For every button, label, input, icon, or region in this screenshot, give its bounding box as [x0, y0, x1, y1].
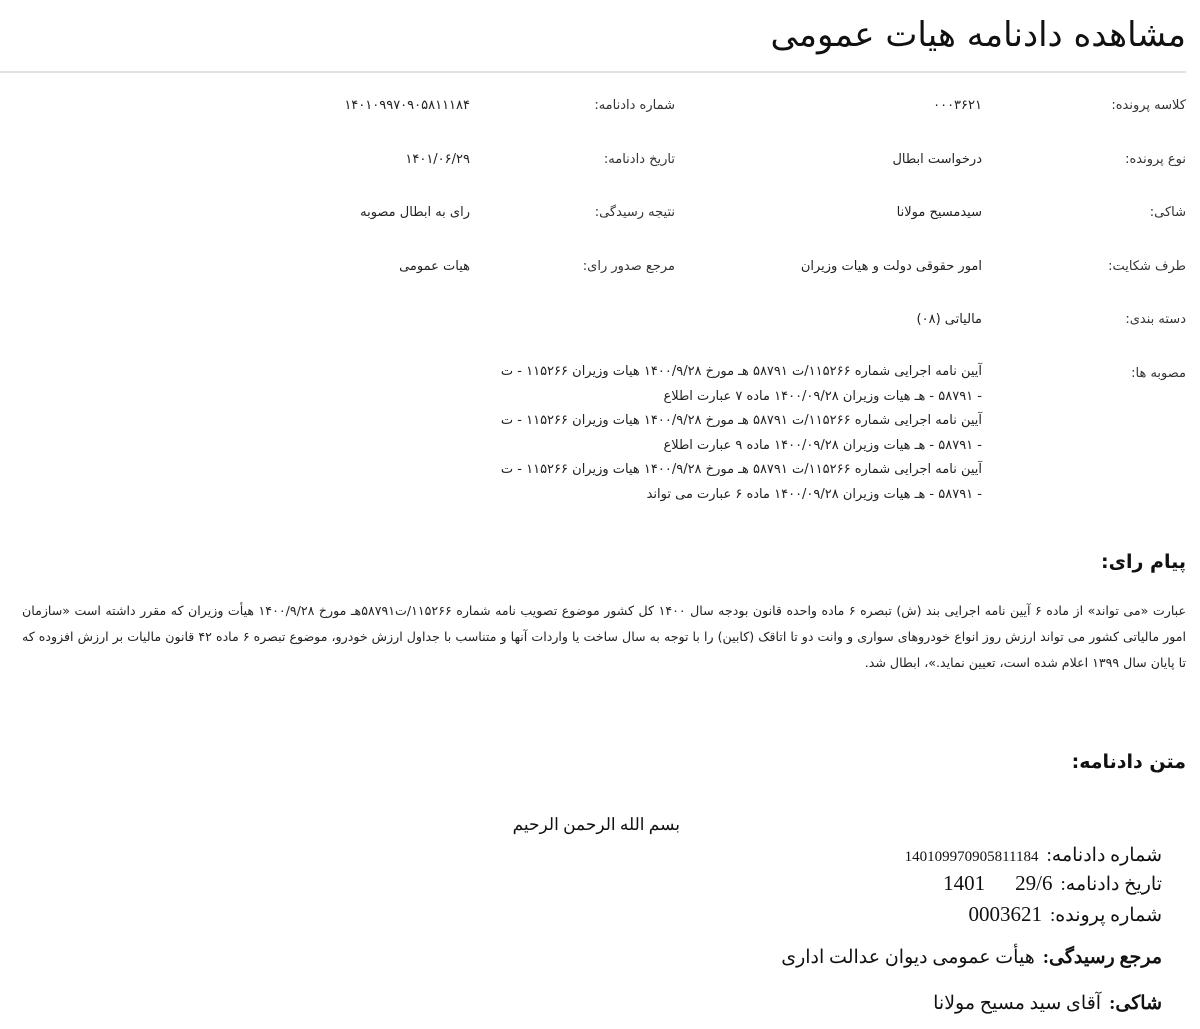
basmala: بسم الله الرحمن الرحیم: [513, 815, 680, 835]
doc-verdict-date-label: تاریخ دادنامه:: [1061, 874, 1162, 895]
resolution-line: - ۵۸۷۹۱ - هـ هیات وزیران ۱۴۰۰/۰۹/۲۸ ماده…: [402, 385, 982, 410]
case-class-value: ۰۰۰۳۶۲۱: [933, 96, 982, 116]
doc-authority-value: هیأت عمومی دیوان عدالت اداری: [781, 947, 1034, 968]
doc-verdict-date-year: 1401: [943, 871, 985, 895]
case-class-label: کلاسه پرونده:: [1111, 96, 1186, 116]
doc-plaintiff-label: شاکی:: [1109, 993, 1162, 1014]
info-row-plaintiff: شاکی: سیدمسیح مولانا نتیجه رسیدگی: رای ب…: [0, 203, 1200, 233]
case-type-value: درخواست ابطال: [892, 150, 982, 170]
info-row-case: کلاسه پرونده: ۰۰۰۳۶۲۱ شماره دادنامه: ۱۴۰…: [0, 96, 1200, 126]
category-value: مالیاتی (۰۸): [917, 310, 982, 330]
category-label: دسته بندی:: [1125, 310, 1186, 330]
doc-verdict-number-value: 140109970905811184: [905, 849, 1039, 865]
doc-plaintiff: شاکی:آقای سید مسیح مولانا: [933, 991, 1162, 1017]
verdict-text-heading: متن دادنامه:: [1072, 748, 1186, 776]
page-title: مشاهده دادنامه هیات عمومی: [770, 10, 1186, 60]
verdict-view-page: مشاهده دادنامه هیات عمومی کلاسه پرونده: …: [0, 0, 1200, 1029]
case-type-label: نوع پرونده:: [1125, 150, 1186, 170]
doc-case-number-value: 0003621: [968, 902, 1042, 926]
resolutions-label: مصوبه ها:: [1131, 364, 1186, 384]
resolution-line: آیین نامه اجرایی شماره ۱۱۵۲۶۶/ت ۵۸۷۹۱ هـ…: [402, 360, 982, 385]
issuing-authority-value: هیات عمومی: [399, 257, 470, 277]
doc-verdict-date-daymonth: 29/6: [1015, 871, 1052, 895]
verdict-message-heading: پیام رای:: [1101, 548, 1186, 576]
doc-authority-label: مرجع رسیدگی:: [1043, 947, 1162, 968]
verdict-number-value: ۱۴۰۱۰۹۹۷۰۹۰۵۸۱۱۱۸۴: [344, 96, 470, 116]
verdict-message-body: عبارت «می تواند» از ماده ۶ آیین نامه اجر…: [22, 598, 1186, 676]
resolution-line: آیین نامه اجرایی شماره ۱۱۵۲۶۶/ت ۵۸۷۹۱ هـ…: [402, 409, 982, 434]
defendant-label: طرف شکایت:: [1108, 257, 1186, 277]
doc-case-number-label: شماره پرونده:: [1050, 905, 1162, 926]
verdict-date-value: ۱۴۰۱/۰۶/۲۹: [405, 150, 470, 170]
plaintiff-value: سیدمسیح مولانا: [897, 203, 982, 223]
doc-verdict-number: شماره دادنامه:140109970905811184: [905, 843, 1162, 870]
issuing-authority-label: مرجع صدور رای:: [583, 257, 675, 277]
resolution-line: آیین نامه اجرایی شماره ۱۱۵۲۶۶/ت ۵۸۷۹۱ هـ…: [402, 458, 982, 483]
info-row-defendant: طرف شکایت: امور حقوقی دولت و هیات وزیران…: [0, 257, 1200, 287]
title-divider: [0, 71, 1186, 73]
resolutions-list: آیین نامه اجرایی شماره ۱۱۵۲۶۶/ت ۵۸۷۹۱ هـ…: [402, 360, 982, 507]
doc-case-number: شماره پرونده:0003621: [968, 901, 1162, 929]
doc-authority: مرجع رسیدگی:هیأت عمومی دیوان عدالت اداری: [781, 945, 1162, 971]
doc-plaintiff-value: آقای سید مسیح مولانا: [933, 993, 1101, 1014]
verdict-date-label: تاریخ دادنامه:: [604, 150, 675, 170]
info-row-category: دسته بندی: مالیاتی (۰۸): [0, 310, 1200, 340]
resolution-line: - ۵۸۷۹۱ - هـ هیات وزیران ۱۴۰۰/۰۹/۲۸ ماده…: [402, 483, 982, 508]
resolution-line: - ۵۸۷۹۱ - هـ هیات وزیران ۱۴۰۰/۰۹/۲۸ ماده…: [402, 434, 982, 459]
defendant-value: امور حقوقی دولت و هیات وزیران: [801, 257, 982, 277]
doc-verdict-date: تاریخ دادنامه:29/61401: [943, 870, 1162, 898]
info-row-type: نوع پرونده: درخواست ابطال تاریخ دادنامه:…: [0, 150, 1200, 180]
review-result-label: نتیجه رسیدگی:: [595, 203, 675, 223]
verdict-number-label: شماره دادنامه:: [594, 96, 675, 116]
doc-verdict-number-label: شماره دادنامه:: [1047, 845, 1163, 866]
review-result-value: رای به ابطال مصوبه: [360, 203, 470, 223]
plaintiff-label: شاکی:: [1150, 203, 1186, 223]
